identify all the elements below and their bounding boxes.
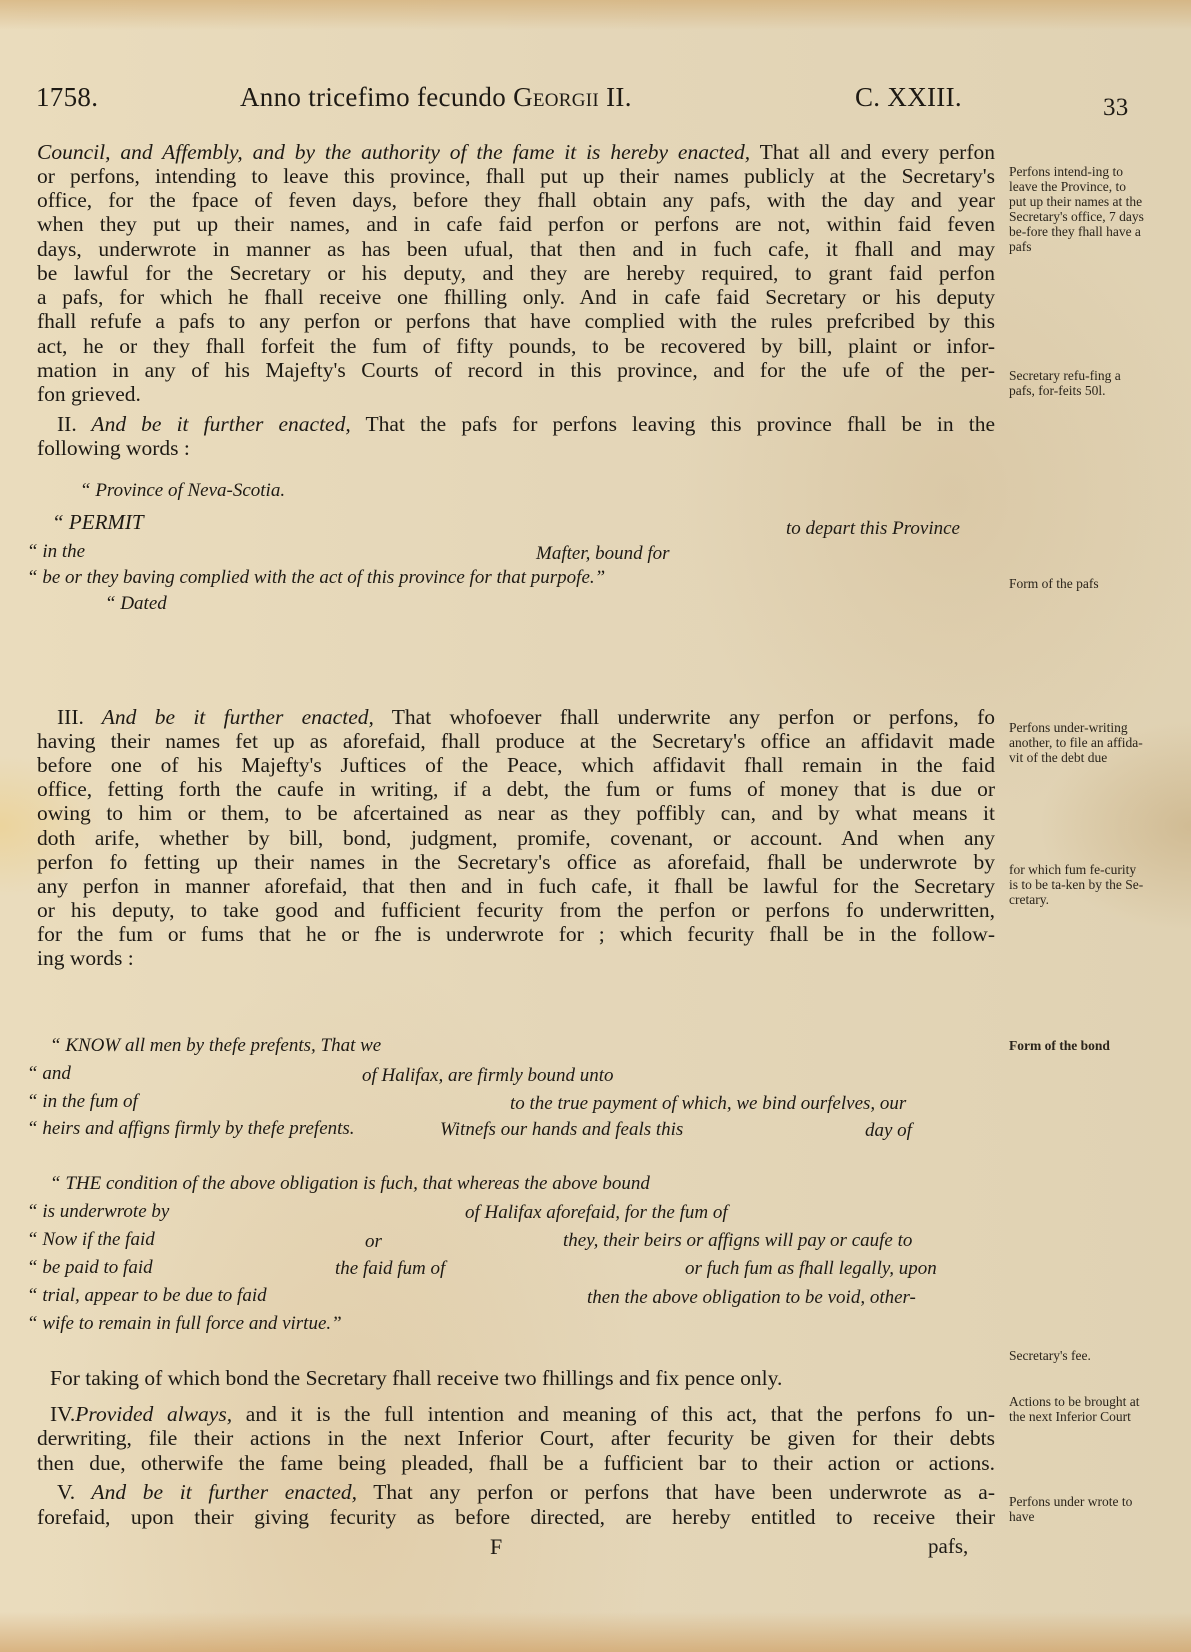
body-line: be lawful for the Secretary or his deput… [37, 261, 995, 285]
section-3-line: or his deputy, to take good and fufficie… [37, 898, 995, 922]
fee-line: For taking of which bond the Secretary f… [50, 1366, 1008, 1390]
condition-form-line: of Halifax aforefaid, for the fum of [465, 1201, 728, 1225]
section-4-line: IV.Provided always, and it is the full i… [50, 1402, 995, 1426]
section-3-line: before one of his Majefty's Juftices of … [37, 753, 995, 777]
condition-form-line: they, their beirs or affigns will pay or… [563, 1229, 912, 1253]
pass-form-line: “ be or they baving complied with the ac… [27, 566, 605, 590]
condition-form-line: “ be paid to faid [27, 1256, 153, 1280]
pass-form-line: “ Province of Neva-Scotia. [80, 479, 285, 503]
condition-form-line: “ Now if the faid [27, 1228, 155, 1252]
text-run: That whofoever fhall underwrite any perf… [374, 705, 995, 729]
section-3-line: III. And be it further enacted, That who… [57, 705, 995, 729]
bond-form-line: Witnefs our hands and feals this [440, 1118, 683, 1142]
italic-run: Provided always, [75, 1402, 232, 1426]
catchword: pafs, [928, 1534, 968, 1559]
section-3-line: perfon fo fetting up their names in the … [37, 850, 995, 874]
page-number: 33 [1103, 94, 1129, 122]
bond-form-line: day of [865, 1119, 912, 1143]
section-5-line: V. And be it further enacted, That any p… [57, 1480, 995, 1504]
section-3-line: doth arife, whether by bill, bond, judgm… [37, 826, 995, 850]
title-king: Georgii [513, 82, 599, 112]
margin-note: Secretary refu-fing a pafs, for-feits 50… [1009, 368, 1144, 398]
text-run: and it is the full intention and meaning… [232, 1402, 995, 1426]
margin-note: Secretary's fee. [1009, 1348, 1144, 1363]
section-3-line: having their names fet up as aforefaid, … [37, 729, 995, 753]
title-suffix: II. [599, 82, 632, 112]
section-numeral: II. [57, 412, 77, 436]
section-4-line: then due, otherwife the fame being plead… [37, 1451, 995, 1475]
pass-form-line: “ PERMIT [52, 510, 144, 534]
margin-note: Actions to be brought at the next Inferi… [1009, 1394, 1144, 1424]
section-2-line: following words : [37, 436, 995, 460]
title-prefix: Anno tricefimo fecundo [240, 82, 513, 112]
condition-form-line: “ trial, appear to be due to faid [27, 1284, 267, 1308]
bond-form-line: “ and [27, 1062, 71, 1086]
condition-form-line: “ is underwrote by [27, 1200, 169, 1224]
italic-run: And be it further enacted, [77, 412, 351, 436]
bond-form-line: “ heirs and affigns firmly by thefe pref… [27, 1117, 355, 1141]
body-line: days, underwrote in manner as has been u… [37, 237, 995, 261]
header-title: Anno tricefimo fecundo Georgii II. [240, 82, 632, 113]
section-3-line: any perfon in manner aforefaid, that the… [37, 874, 995, 898]
section-4-line: derwriting, file their actions in the ne… [37, 1426, 995, 1450]
section-3-line: owing to him or them, to be afcertained … [37, 801, 995, 825]
signature-mark: F [490, 1534, 502, 1560]
body-line: or perfons, intending to leave this prov… [37, 164, 995, 188]
text-run: That all and every perfon [750, 140, 995, 164]
header-year: 1758. [36, 82, 98, 113]
bond-form-line: “ in the fum of [27, 1090, 138, 1114]
body-line: when they put up their names, and in caf… [37, 212, 995, 236]
text-run: That any perfon or perfons that have bee… [357, 1480, 995, 1504]
italic-run: And be it further enacted, [75, 1480, 357, 1504]
section-numeral: V. [57, 1480, 75, 1504]
condition-form-line: the faid fum of [335, 1257, 445, 1281]
text-run: That the pafs for perfons leaving this p… [351, 412, 995, 436]
margin-note: Perfons intend-ing to leave the Province… [1009, 164, 1144, 254]
body-line: office, for the fpace of feven days, bef… [37, 188, 995, 212]
body-line: fhall refufe a pafs to any perfon or per… [37, 309, 995, 333]
pass-form-line: Mafter, bound for [536, 542, 670, 566]
condition-form-line: “ wife to remain in full force and virtu… [27, 1312, 342, 1336]
pass-form-line: “ in the [27, 540, 85, 564]
section-5-line: forefaid, upon their giving fecurity as … [37, 1505, 995, 1529]
body-line: Council, and Affembly, and by the author… [37, 140, 995, 164]
condition-form-line: “ THE condition of the above obligation … [50, 1172, 650, 1196]
pass-form-line: to depart this Province [786, 517, 960, 541]
pass-form-line: “ Dated [105, 592, 167, 616]
bond-form-line: “ KNOW all men by thefe prefents, That w… [50, 1034, 381, 1058]
condition-form-line: then the above obligation to be void, ot… [587, 1286, 916, 1310]
margin-note: Perfons under-writing another, to file a… [1009, 720, 1144, 765]
margin-note: Form of the pafs [1009, 576, 1144, 591]
margin-note: for which fum fe-curity is to be ta-ken … [1009, 862, 1144, 907]
body-line: act, he or they fhall forfeit the fum of… [37, 334, 995, 358]
section-3-line: for the fum or fums that he or fhe is un… [37, 922, 995, 946]
section-2-line: II. And be it further enacted, That the … [57, 412, 995, 436]
header-chapter: C. XXIII. [855, 82, 962, 113]
condition-form-line: or [365, 1230, 382, 1254]
italic-run: Council, and Affembly, and by the author… [37, 140, 750, 164]
body-line: mation in any of his Majefty's Courts of… [37, 358, 995, 382]
body-line: fon grieved. [37, 382, 995, 406]
condition-form-line: or fuch fum as fhall legally, upon [685, 1257, 937, 1281]
section-3-line: office, fetting forth the caufe in writi… [37, 777, 995, 801]
section-numeral: IV. [50, 1402, 75, 1426]
italic-run: And be it further enacted, [84, 705, 374, 729]
margin-note: Perfons under wrote to have [1009, 1494, 1144, 1524]
section-3-line: ing words : [37, 946, 995, 970]
margin-note: Form of the bond [1009, 1038, 1144, 1053]
body-line: a pafs, for which he fhall receive one f… [37, 285, 995, 309]
bond-form-line: of Halifax, are firmly bound unto [362, 1064, 614, 1088]
bond-form-line: to the true payment of which, we bind ou… [510, 1092, 906, 1116]
section-numeral: III. [57, 705, 84, 729]
